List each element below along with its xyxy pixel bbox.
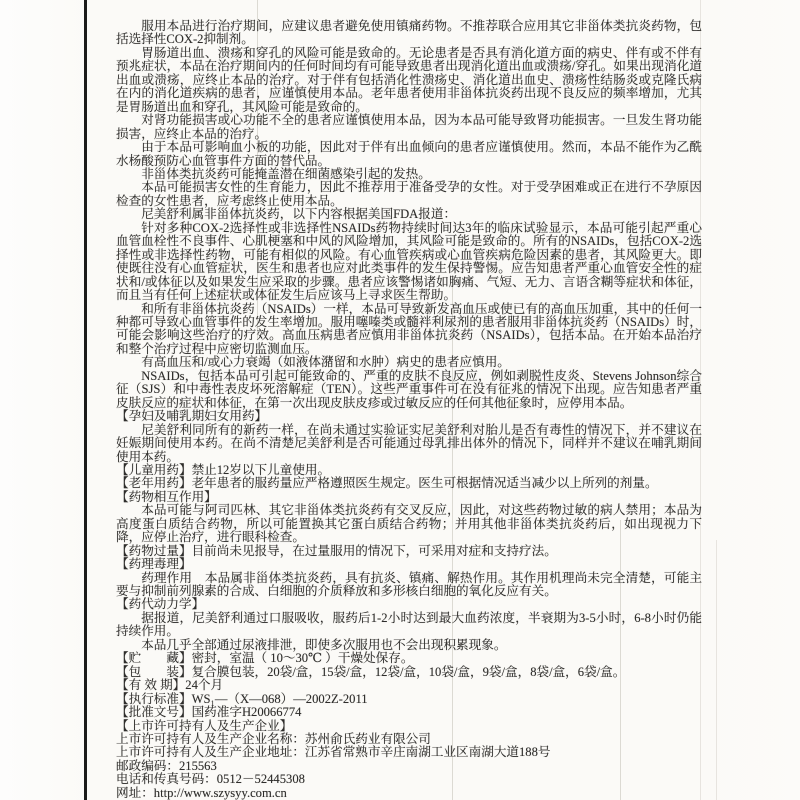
document-paragraph: 服用本品进行治疗期间，应建议患者避免使用镇痛药物。不推荐联合应用其它非甾体类抗炎…	[116, 20, 702, 47]
line-text: 国药准字H20066774	[192, 705, 302, 719]
document-paragraph: NSAIDs，包括本品可引起可能致命的、严重的皮肤不良反应，例如剥脱性皮炎、St…	[116, 370, 702, 410]
document-line: 【药物过量】目前尚未见报导，在过量服用的情况下，可采用对症和支持疗法。	[116, 545, 702, 558]
line-text: 目前尚未见报导，在过量服用的情况下，可采用对症和支持疗法。	[192, 544, 557, 558]
section-label: 【上市许可持有人及生产企业】	[116, 719, 292, 733]
section-label: 【孕妇及哺乳期妇女用药】	[116, 409, 267, 423]
line-text: 电话和传真号码：0512－52445308	[116, 772, 305, 786]
line-text: 禁止12岁以下儿童使用。	[192, 463, 331, 477]
line-text: 非甾体类抗炎药可能掩盖潜在细菌感染引起的发热。	[141, 167, 431, 181]
section-label: 【有 效 期】	[116, 678, 185, 692]
line-text: 老年患者的服药量应严格遵照医生规定。医生可根据情况适当减少以上所列的剂量。	[192, 476, 658, 490]
line-text: 本品可能与阿司匹林、其它非甾体类抗炎药有交叉反应，因此，对这些药物过敏的病人禁用…	[116, 503, 702, 544]
document-paragraph: 尼美舒利同所有的新药一样，在尚未通过实验证实尼美舒利对胎儿是否有毒性的情况下，并…	[116, 424, 702, 464]
line-text: 复合膜包装，20袋/盒，15袋/盒，12袋/盒，10袋/盒，9袋/盒，8袋/盒，…	[192, 665, 626, 679]
line-text: 网址：http://www.szysyy.com.cn	[116, 786, 287, 800]
line-text: 和所有非甾体抗炎药（NSAIDs）一样，本品可导致新发高血压或使已有的高血压加重…	[116, 302, 702, 356]
section-label: 【药物相互作用】	[116, 490, 217, 504]
document-line: 【药代动力学】	[116, 598, 702, 611]
document-line: 【上市许可持有人及生产企业】	[116, 720, 702, 733]
line-text: 服用本品进行治疗期间，应建议患者避免使用镇痛药物。不推荐联合应用其它非甾体类抗炎…	[116, 19, 702, 46]
document-line: 【贮 藏】密封，室温（ 10～30℃ ）干燥处保存。	[116, 652, 702, 665]
section-label: 【贮 藏】	[116, 651, 192, 665]
section-label: 【批准文号】	[116, 705, 192, 719]
section-label: 【药理毒理】	[116, 557, 192, 571]
document-line: 【批准文号】国药准字H20066774	[116, 706, 702, 719]
line-text: 上市许可持有人及生产企业地址：江苏省常熟市辛庄南湖工业区南湖大道188号	[116, 745, 550, 759]
document-paragraph: 有高血压和/或心力衰竭（如液体潴留和水肿）病史的患者应慎用。	[116, 356, 702, 369]
scanned-leaflet-page: 服用本品进行治疗期间，应建议患者避免使用镇痛药物。不推荐联合应用其它非甾体类抗炎…	[0, 0, 800, 800]
document-line: 电话和传真号码：0512－52445308	[116, 773, 702, 786]
document-paragraph: 据报道，尼美舒利通过口服吸收，服药后1-2小时达到最大血药浓度，半衰期为3-5小…	[116, 612, 702, 639]
line-text: NSAIDs，包括本品可引起可能致命的、严重的皮肤不良反应，例如剥脱性皮炎、St…	[116, 369, 702, 410]
line-text: 据报道，尼美舒利通过口服吸收，服药后1-2小时达到最大血药浓度，半衰期为3-5小…	[116, 611, 702, 638]
line-text: 由于本品可影响血小板的功能，因此对于伴有出血倾向的患者应谨慎使用。然而，本品不能…	[116, 140, 702, 167]
document-paragraph: 药理作用 本品属非甾体类抗炎药，具有抗炎、镇痛、解热作用。其作用机理尚未完全清楚…	[116, 572, 702, 599]
line-text: 针对多种COX-2选择性或非选择性NSAIDs药物持续时间达3年的临床试验显示，…	[116, 221, 702, 302]
line-text: WS₁—（X—068）—2002Z-2011	[192, 692, 368, 706]
section-label: 【药物过量】	[116, 544, 192, 558]
page-edge-line	[84, 0, 87, 800]
document-paragraph: 尼美舒利属非甾体抗炎药，以下内容根据美国FDA报道：	[116, 208, 702, 221]
document-line: 【有 效 期】24个月	[116, 679, 702, 692]
document-paragraph: 对肾功能损害或心功能不全的患者应谨慎使用本品，因为本品可能导致肾功能损害。一旦发…	[116, 114, 702, 141]
document-paragraph: 本品可能与阿司匹林、其它非甾体类抗炎药有交叉反应，因此，对这些药物过敏的病人禁用…	[116, 504, 702, 544]
line-text: 24个月	[185, 678, 223, 692]
document-line: 【老年用药】老年患者的服药量应严格遵照医生规定。医生可根据情况适当减少以上所列的…	[116, 477, 702, 490]
line-text: 邮政编码：215563	[116, 759, 217, 773]
document-paragraph: 胃肠道出血、溃疡和穿孔的风险可能是致命的。无论患者是否具有消化道方面的病史、伴有…	[116, 47, 702, 114]
document-paragraph: 由于本品可影响血小板的功能，因此对于伴有出血倾向的患者应谨慎使用。然而，本品不能…	[116, 141, 702, 168]
section-label: 【老年用药】	[116, 476, 192, 490]
line-text: 尼美舒利属非甾体抗炎药，以下内容根据美国FDA报道：	[141, 207, 456, 221]
section-label: 【药代动力学】	[116, 597, 204, 611]
section-label: 【执行标准】	[116, 692, 192, 706]
line-text: 胃肠道出血、溃疡和穿孔的风险可能是致命的。无论患者是否具有消化道方面的病史、伴有…	[116, 46, 702, 114]
document-line: 【孕妇及哺乳期妇女用药】	[116, 410, 702, 423]
section-label: 【儿童用药】	[116, 463, 192, 477]
line-text: 药理作用 本品属非甾体类抗炎药，具有抗炎、镇痛、解热作用。其作用机理尚未完全清楚…	[116, 571, 702, 598]
line-text: 本品几乎全部通过尿液排泄，即使多次服用也不会出现积累现象。	[141, 638, 506, 652]
paper-crease	[716, 540, 717, 800]
document-paragraph: 和所有非甾体抗炎药（NSAIDs）一样，本品可导致新发高血压或使已有的高血压加重…	[116, 303, 702, 357]
section-label: 【包 装】	[116, 665, 192, 679]
line-text: 尼美舒利同所有的新药一样，在尚未通过实验证实尼美舒利对胎儿是否有毒性的情况下，并…	[116, 423, 702, 464]
document-line: 网址：http://www.szysyy.com.cn	[116, 787, 702, 800]
line-text: 上市许可持有人及生产企业名称：苏州俞氏药业有限公司	[116, 732, 431, 746]
document-line: 上市许可持有人及生产企业地址：江苏省常熟市辛庄南湖工业区南湖大道188号	[116, 746, 702, 759]
line-text: 对肾功能损害或心功能不全的患者应谨慎使用本品，因为本品可能导致肾功能损害。一旦发…	[116, 113, 702, 140]
document-paragraph: 针对多种COX-2选择性或非选择性NSAIDs药物持续时间达3年的临床试验显示，…	[116, 222, 702, 303]
line-text: 密封，室温（ 10～30℃ ）干燥处保存。	[192, 651, 414, 665]
document-content: 服用本品进行治疗期间，应建议患者避免使用镇痛药物。不推荐联合应用其它非甾体类抗炎…	[116, 20, 702, 800]
document-paragraph: 本品可能损害女性的生育能力，因此不推荐用于准备受孕的女性。对于受孕困难或正在进行…	[116, 181, 702, 208]
line-text: 本品可能损害女性的生育能力，因此不推荐用于准备受孕的女性。对于受孕困难或正在进行…	[116, 180, 702, 207]
document-line: 【药理毒理】	[116, 558, 702, 571]
line-text: 有高血压和/或心力衰竭（如液体潴留和水肿）病史的患者应慎用。	[141, 355, 510, 369]
